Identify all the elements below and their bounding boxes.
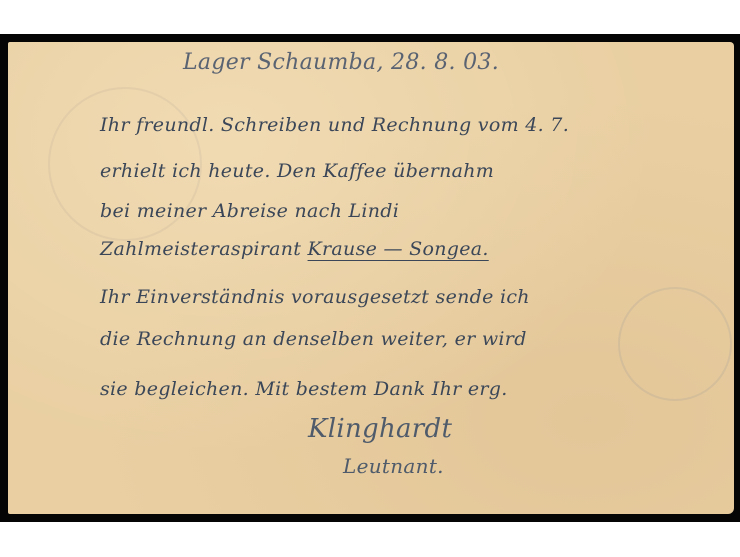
text-line: Ihr Einverständnis vorausgesetzt sende i… [100, 286, 530, 308]
underlined-name: Krause — Songea. [308, 238, 489, 260]
title-text: Zahlmeisteraspirant [100, 238, 301, 260]
rank: Leutnant. [343, 454, 444, 478]
text-line: die Rechnung an denselben weiter, er wir… [100, 328, 527, 350]
text-line: Zahlmeisteraspirant Krause — Songea. [100, 238, 489, 260]
text-line: Ihr freundl. Schreiben und Rechnung vom … [100, 114, 569, 136]
text-line: sie begleichen. Mit bestem Dank Ihr erg. [100, 378, 508, 400]
place-date-header: Lager Schaumba, 28. 8. 03. [183, 50, 499, 75]
signature: Klinghardt [308, 414, 452, 444]
faint-postmark [618, 287, 732, 401]
postcard: Lager Schaumba, 28. 8. 03. Ihr freundl. … [8, 42, 734, 514]
text-line: bei meiner Abreise nach Lindi [100, 200, 399, 222]
text-line: erhielt ich heute. Den Kaffee übernahm [100, 160, 494, 182]
